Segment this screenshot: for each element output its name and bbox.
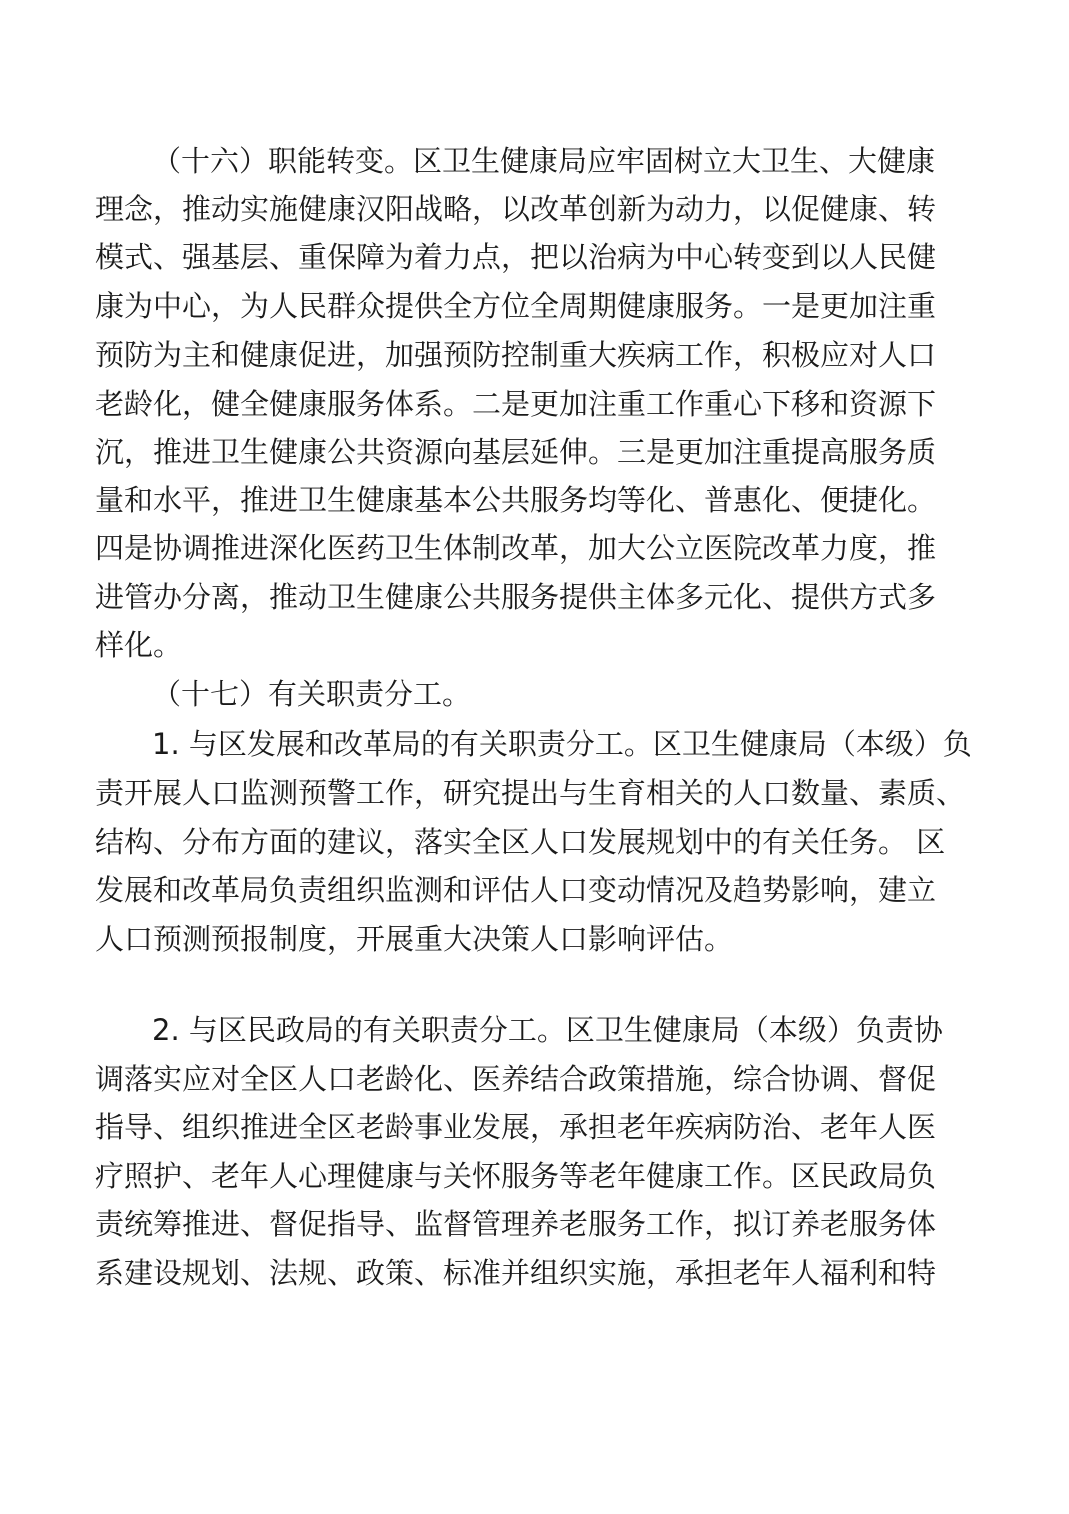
paragraph-line: 责统筹推进、督促指导、监督管理养老服务工作，拟订养老服务体 [95,1200,931,1248]
paragraph-line: 量和水平，推进卫生健康基本公共服务均等化、普惠化、便捷化。 [95,476,931,524]
paragraph-line: 进管办分离，推动卫生健康公共服务提供主体多元化、提供方式多 [95,573,931,621]
paragraph-line: 四是协调推进深化医药卫生体制改革，加大公立医院改革力度，推 [95,524,931,572]
paragraph-line: 样化。 [95,621,931,669]
paragraph-line: 结构、分布方面的建议，落实全区人口发展规划中的有关任务。 区 [95,818,931,866]
paragraph-line: 1. 与区发展和改革局的有关职责分工。区卫生健康局（本级）负 [152,720,931,768]
paragraph-line: 人口预测预报制度，开展重大决策人口影响评估。 [95,915,931,963]
paragraph-line: 2. 与区民政局的有关职责分工。区卫生健康局（本级）负责协 [152,1006,931,1054]
paragraph-line: （十六）职能转变。区卫生健康局应牢固树立大卫生、大健康 [152,137,931,185]
paragraph-line: 调落实应对全区人口老龄化、医养结合政策措施，综合协调、督促 [95,1055,931,1103]
paragraph-line: 沉，推进卫生健康公共资源向基层延伸。三是更加注重提高服务质 [95,428,931,476]
paragraph-line: 康为中心，为人民群众提供全方位全周期健康服务。一是更加注重 [95,282,931,330]
paragraph-line: 预防为主和健康促进，加强预防控制重大疾病工作，积极应对人口 [95,331,931,379]
paragraph-line: 模式、强基层、重保障为着力点，把以治病为中心转变到以人民健 [95,233,931,281]
paragraph-line: 疗照护、老年人心理健康与关怀服务等老年健康工作。区民政局负 [95,1152,931,1200]
paragraph-line: 责开展人口监测预警工作，研究提出与生育相关的人口数量、素质、 [95,769,931,817]
paragraph-line: 理念，推动实施健康汉阳战略，以改革创新为动力，以促健康、转 [95,185,931,233]
paragraph-line: 老龄化，健全健康服务体系。二是更加注重工作重心下移和资源下 [95,380,931,428]
paragraph-line: 系建设规划、法规、政策、标准并组织实施，承担老年人福利和特 [95,1249,931,1297]
document-page: （十六）职能转变。区卫生健康局应牢固树立大卫生、大健康 理念，推动实施健康汉阳战… [0,0,1069,1514]
paragraph-line: 指导、组织推进全区老龄事业发展，承担老年疾病防治、老年人医 [95,1103,931,1151]
section-heading: （十七）有关职责分工。 [152,670,931,718]
paragraph-line: 发展和改革局负责组织监测和评估人口变动情况及趋势影响，建立 [95,866,931,914]
